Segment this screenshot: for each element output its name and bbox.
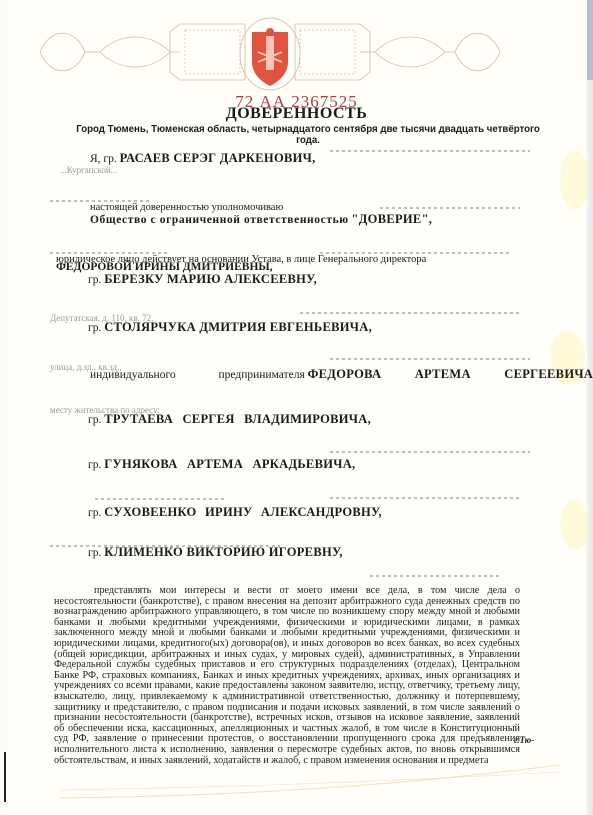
representative-3: индивидуального предпринимателя ФЕДОРОВА…	[90, 367, 593, 382]
redacted-line	[330, 497, 520, 499]
representative-6: гр. СУХОВЕЕНКО ИРИНУ АЛЕКСАНДРОВНУ,	[88, 505, 382, 520]
redacted-line	[370, 575, 500, 577]
redacted-line	[95, 498, 225, 500]
company-line: Общество с ограниченной ответственностью…	[90, 212, 432, 227]
representative-7: гр. КЛИМЕНКО ВИКТОРИЮ ИГОРЕВНУ,	[88, 545, 343, 560]
representative-1: гр. БЕРЕЗКУ МАРИЮ АЛЕКСЕЕВНУ,	[88, 272, 317, 287]
seal-emblem-icon	[252, 28, 288, 86]
powers-paragraph: представлять мои интересы и вести от мое…	[54, 586, 520, 766]
representative-4: гр. ТРУТАЕВА СЕРГЕЯ ВЛАДИМИРОВИЧА,	[88, 412, 371, 427]
redacted-line	[330, 150, 530, 152]
paper-stain	[560, 150, 590, 210]
redacted-line	[330, 451, 530, 453]
principal-line: Я, гр. РАСАЕВ СЕРЭГ ДАРКЕНОВИЧ,	[90, 151, 316, 166]
ornament-header	[30, 12, 510, 92]
representative-2: гр. СТОЛЯРЧУКА ДМИТРИЯ ЕВГЕНЬЕВИЧА,	[88, 320, 372, 335]
background-guilloche	[60, 760, 560, 800]
company-type: Общество с ограниченной ответственностью	[90, 214, 349, 226]
principal-name: РАСАЕВ СЕРЭГ ДАРКЕНОВИЧ,	[120, 151, 316, 165]
paper-stain	[560, 500, 590, 550]
redacted-line	[300, 312, 520, 314]
redacted-line	[380, 207, 520, 209]
place-and-date: Город Тюмень, Тюменская область, четырна…	[69, 124, 547, 146]
continuation-note: г.Тю-	[514, 735, 534, 745]
principal-prefix: Я, гр.	[90, 153, 117, 165]
scan-edge-mark	[4, 752, 6, 802]
partial-hidden-text: ...Кургапской...	[60, 165, 117, 175]
company-name: "ДОВЕРИЕ",	[352, 212, 433, 226]
representative-5: гр. ГУНЯКОВА АРТЕМА АРКАДЬЕВИЧА,	[88, 457, 355, 472]
redacted-line	[330, 358, 530, 360]
document-title: ДОВЕРЕННОСТЬ	[0, 105, 593, 123]
